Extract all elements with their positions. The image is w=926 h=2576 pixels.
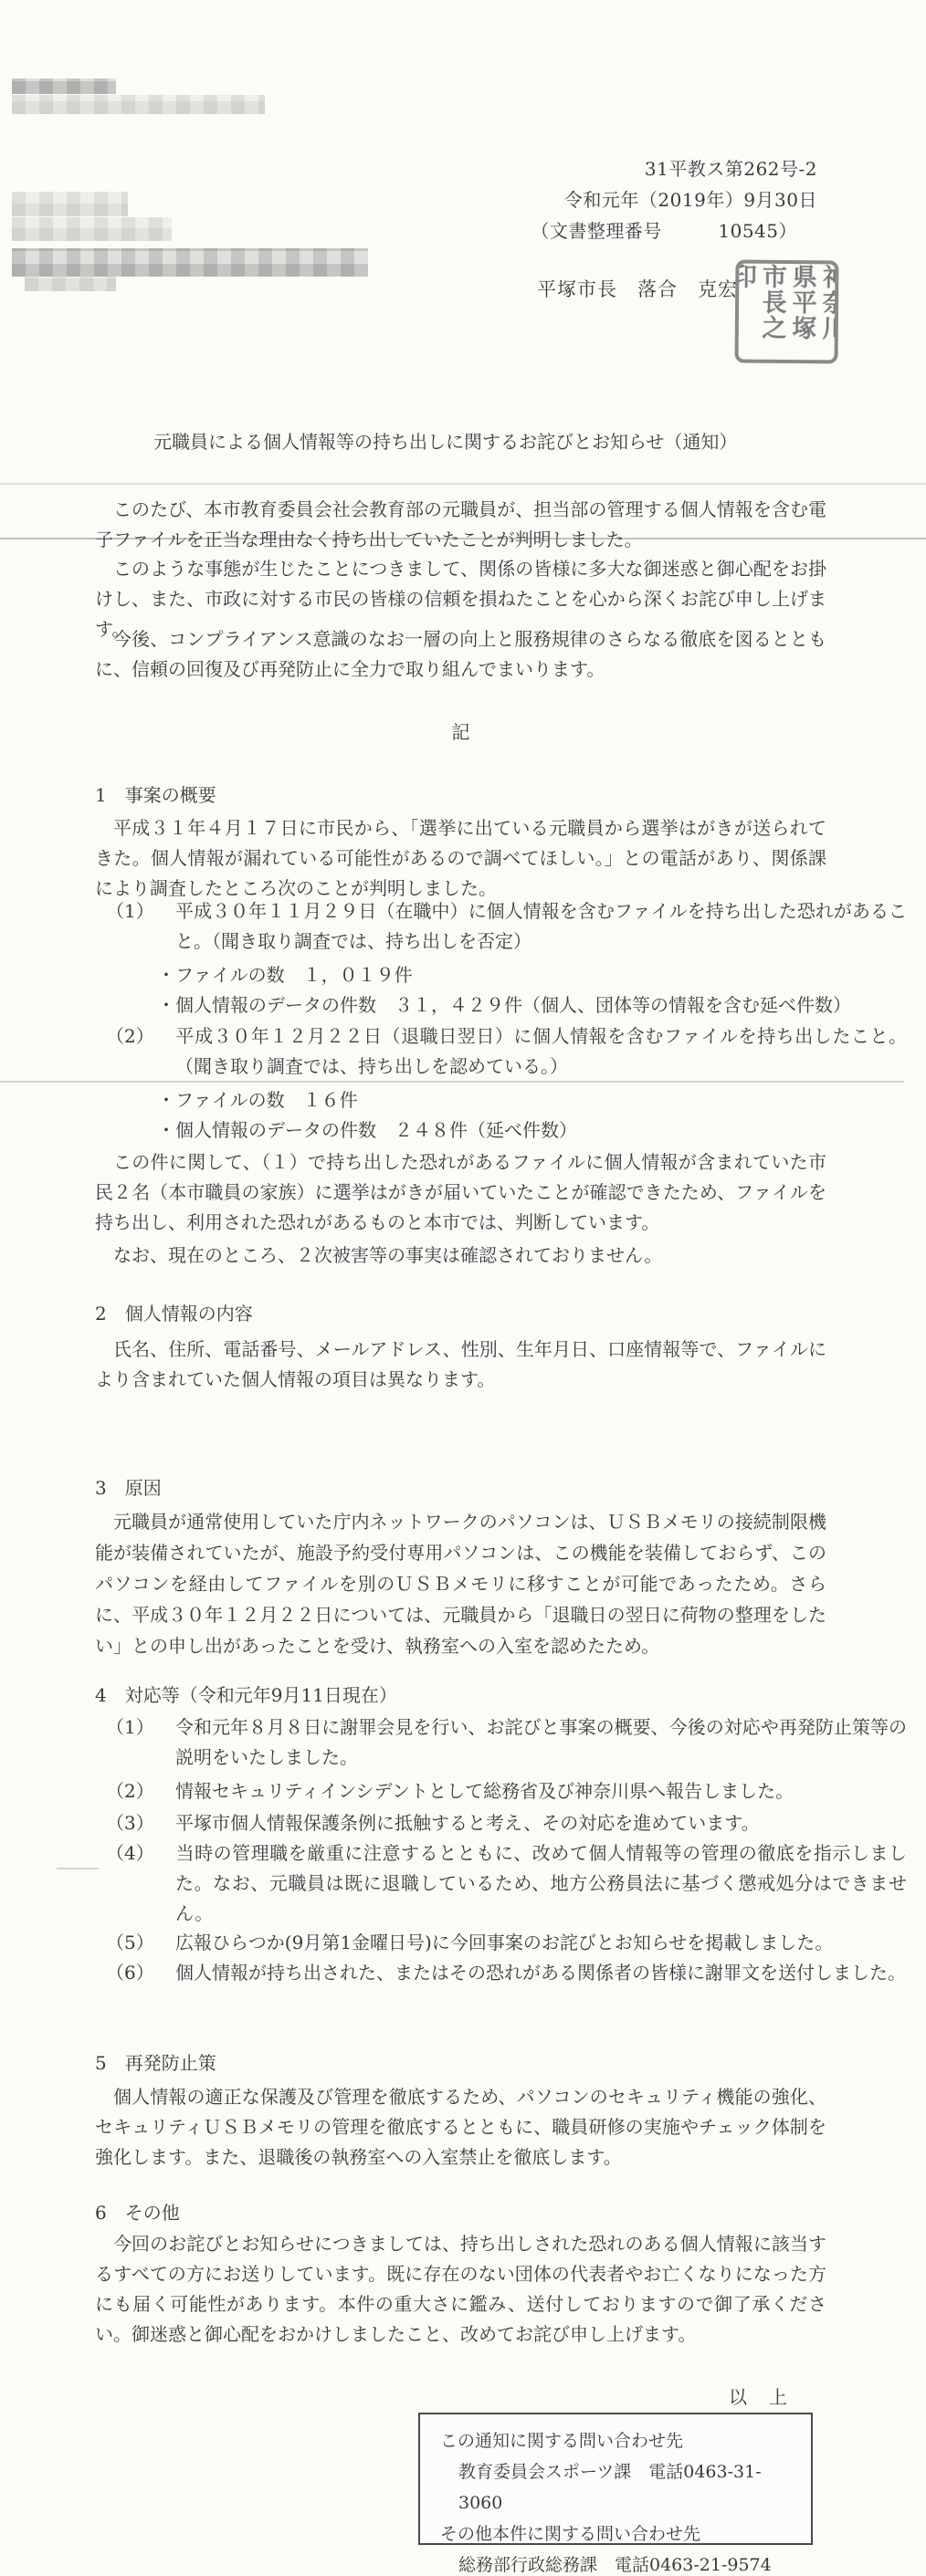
section-1-item-1-bullets: ・ファイルの数 １，０１９件 ・個人情報のデータの件数 ３１，４２９件（個人、団… xyxy=(95,960,889,1021)
scan-artifact-line xyxy=(0,483,926,485)
redacted-block xyxy=(25,277,116,291)
section-4-item-5: （5）広報ひらつか(9月第1金曜日号)に今回事案のお詫びとお知らせを掲載しました… xyxy=(95,1928,907,1958)
item-text: 平塚市個人情報保護条例に抵触すると考え、その対応を進めています。 xyxy=(175,1812,760,1834)
contact-box-line-1: この通知に関する問い合わせ先 xyxy=(440,2425,796,2456)
item-text: 当時の管理職を厳重に注意するとともに、改めて個人情報等の管理の徹底を指示しました… xyxy=(175,1842,907,1924)
section-3-heading: 3 原因 xyxy=(95,1473,826,1503)
intro-paragraph-1: このたび、本市教育委員会社会教育部の元職員が、担当部の管理する個人情報を含む電子… xyxy=(95,495,826,555)
section-4-item-2: （2）情報セキュリティインシデントとして総務省及び神奈川県へ報告しました。 xyxy=(95,1776,907,1806)
section-6-paragraph-1: 今回のお詫びとお知らせにつきましては、持ち出しされた恐れのある個人情報に該当する… xyxy=(95,2229,826,2350)
bullet-line: ・個人情報のデータの件数 ３１，４２９件（個人、団体等の情報を含む延べ件数） xyxy=(157,990,889,1021)
item-text: 情報セキュリティインシデントとして総務省及び神奈川県へ報告しました。 xyxy=(175,1780,794,1802)
item-label: （6） xyxy=(95,1958,175,1988)
item-label: （3） xyxy=(95,1808,175,1838)
intro-paragraph-3: 今後、コンプライアンス意識のなお一層の向上と服務規律のさらなる徹底を図るとともに… xyxy=(95,624,826,685)
document-page: 31平教ス第262号-2 令和元年（2019年）9月30日 （文書整理番号 10… xyxy=(0,0,926,2576)
redacted-block xyxy=(12,95,265,114)
contact-box-line-2: 教育委員会スポーツ課 電話0463-31-3060 xyxy=(440,2456,796,2518)
item-label: （4） xyxy=(95,1838,175,1869)
section-4-item-6: （6）個人情報が持ち出された、またはその恐れがある関係者の皆様に謝罪文を送付しま… xyxy=(95,1958,907,1988)
document-number: 31平教ス第262号-2 xyxy=(531,153,817,184)
section-1-item-2-bullets: ・ファイルの数 １６件 ・個人情報のデータの件数 ２４８件（延べ件数） xyxy=(95,1085,889,1146)
item-text: 令和元年８月８日に謝罪会見を行い、お詫びと事案の概要、今後の対応や再発防止策等の… xyxy=(175,1716,907,1768)
contact-box-line-3: その他本件に関する問い合わせ先 xyxy=(440,2518,796,2550)
redacted-block xyxy=(12,217,172,241)
item-text: 平成３０年１１月２９日（在職中）に個人情報を含むファイルを持ち出した恐れがあるこ… xyxy=(175,900,907,952)
item-text: 広報ひらつか(9月第1金曜日号)に今回事案のお詫びとお知らせを掲載しました。 xyxy=(175,1932,833,1953)
item-label: （1） xyxy=(95,896,175,927)
sender-name: 平塚市長 落合 克宏 xyxy=(537,275,738,302)
item-label: （2） xyxy=(95,1776,175,1806)
contact-info-box: この通知に関する問い合わせ先 教育委員会スポーツ課 電話0463-31-3060… xyxy=(418,2413,813,2545)
bullet-line: ・ファイルの数 １６件 xyxy=(157,1085,889,1115)
redacted-block xyxy=(12,192,128,216)
section-1-paragraph-1: 平成３１年４月１７日に市民から、「選挙に出ている元職員から選挙はがきが送られてき… xyxy=(95,813,826,904)
section-5-heading: 5 再発防止策 xyxy=(95,2048,826,2079)
item-label: （2） xyxy=(95,1021,175,1052)
closing-mark: 以 上 xyxy=(729,2382,789,2409)
ki-marker: 記 xyxy=(95,717,826,748)
section-2-paragraph-1: 氏名、住所、電話番号、メールアドレス、性別、生年月日、口座情報等で、ファイルによ… xyxy=(95,1335,826,1395)
item-text: 平成３０年１２月２２日（退職日翌日）に個人情報を含むファイルを持ち出したこと。（… xyxy=(175,1025,907,1077)
section-2-heading: 2 個人情報の内容 xyxy=(95,1299,826,1329)
section-1-paragraph-2: この件に関して、（１）で持ち出した恐れがあるファイルに個人情報が含まれていた市民… xyxy=(95,1147,826,1238)
seal-text: 神奈川県平塚市長之印 xyxy=(735,263,839,360)
document-title: 元職員による個人情報等の持ち出しに関するお詫びとお知らせ（通知） xyxy=(95,427,885,454)
section-1-item-1: （1）平成３０年１１月２９日（在職中）に個人情報を含むファイルを持ち出した恐れが… xyxy=(95,896,907,957)
section-3-paragraph-1: 元職員が通常使用していた庁内ネットワークのパソコンは、ＵＳＢメモリの接続制限機能… xyxy=(95,1506,826,1661)
document-header: 31平教ス第262号-2 令和元年（2019年）9月30日 （文書整理番号 10… xyxy=(531,153,817,246)
redacted-block xyxy=(12,248,368,277)
item-label: （1） xyxy=(95,1712,175,1743)
bullet-line: ・個人情報のデータの件数 ２４８件（延べ件数） xyxy=(157,1115,889,1146)
section-6-heading: 6 その他 xyxy=(95,2198,826,2228)
section-1-item-2: （2）平成３０年１２月２２日（退職日翌日）に個人情報を含むファイルを持ち出したこ… xyxy=(95,1021,907,1082)
item-text: 個人情報が持ち出された、またはその恐れがある関係者の皆様に謝罪文を送付しました。 xyxy=(175,1962,906,1984)
section-1-paragraph-3: なお、現在のところ、２次被害等の事実は確認されておりません。 xyxy=(95,1241,826,1271)
redacted-block xyxy=(12,79,116,94)
bullet-line: ・ファイルの数 １，０１９件 xyxy=(157,960,889,990)
scan-artifact-line xyxy=(57,1868,99,1869)
section-4-heading: 4 対応等（令和元年9月11日現在） xyxy=(95,1681,826,1711)
section-4-item-3: （3）平塚市個人情報保護条例に抵触すると考え、その対応を進めています。 xyxy=(95,1808,907,1838)
item-label: （5） xyxy=(95,1928,175,1958)
document-ref-number: （文書整理番号 10545） xyxy=(531,215,817,246)
section-4-item-1: （1）令和元年８月８日に謝罪会見を行い、お詫びと事案の概要、今後の対応や再発防止… xyxy=(95,1712,907,1773)
official-seal-stamp: 神奈川県平塚市長之印 xyxy=(735,260,839,364)
contact-box-line-4: 総務部行政総務課 電話0463-21-9574 xyxy=(440,2550,796,2576)
section-4-item-4: （4）当時の管理職を厳重に注意するとともに、改めて個人情報等の管理の徹底を指示し… xyxy=(95,1838,907,1929)
section-1-heading: 1 事案の概要 xyxy=(95,780,826,811)
document-date: 令和元年（2019年）9月30日 xyxy=(531,184,817,215)
section-5-paragraph-1: 個人情報の適正な保護及び管理を徹底するため、パソコンのセキュリティ機能の強化、セ… xyxy=(95,2082,826,2173)
